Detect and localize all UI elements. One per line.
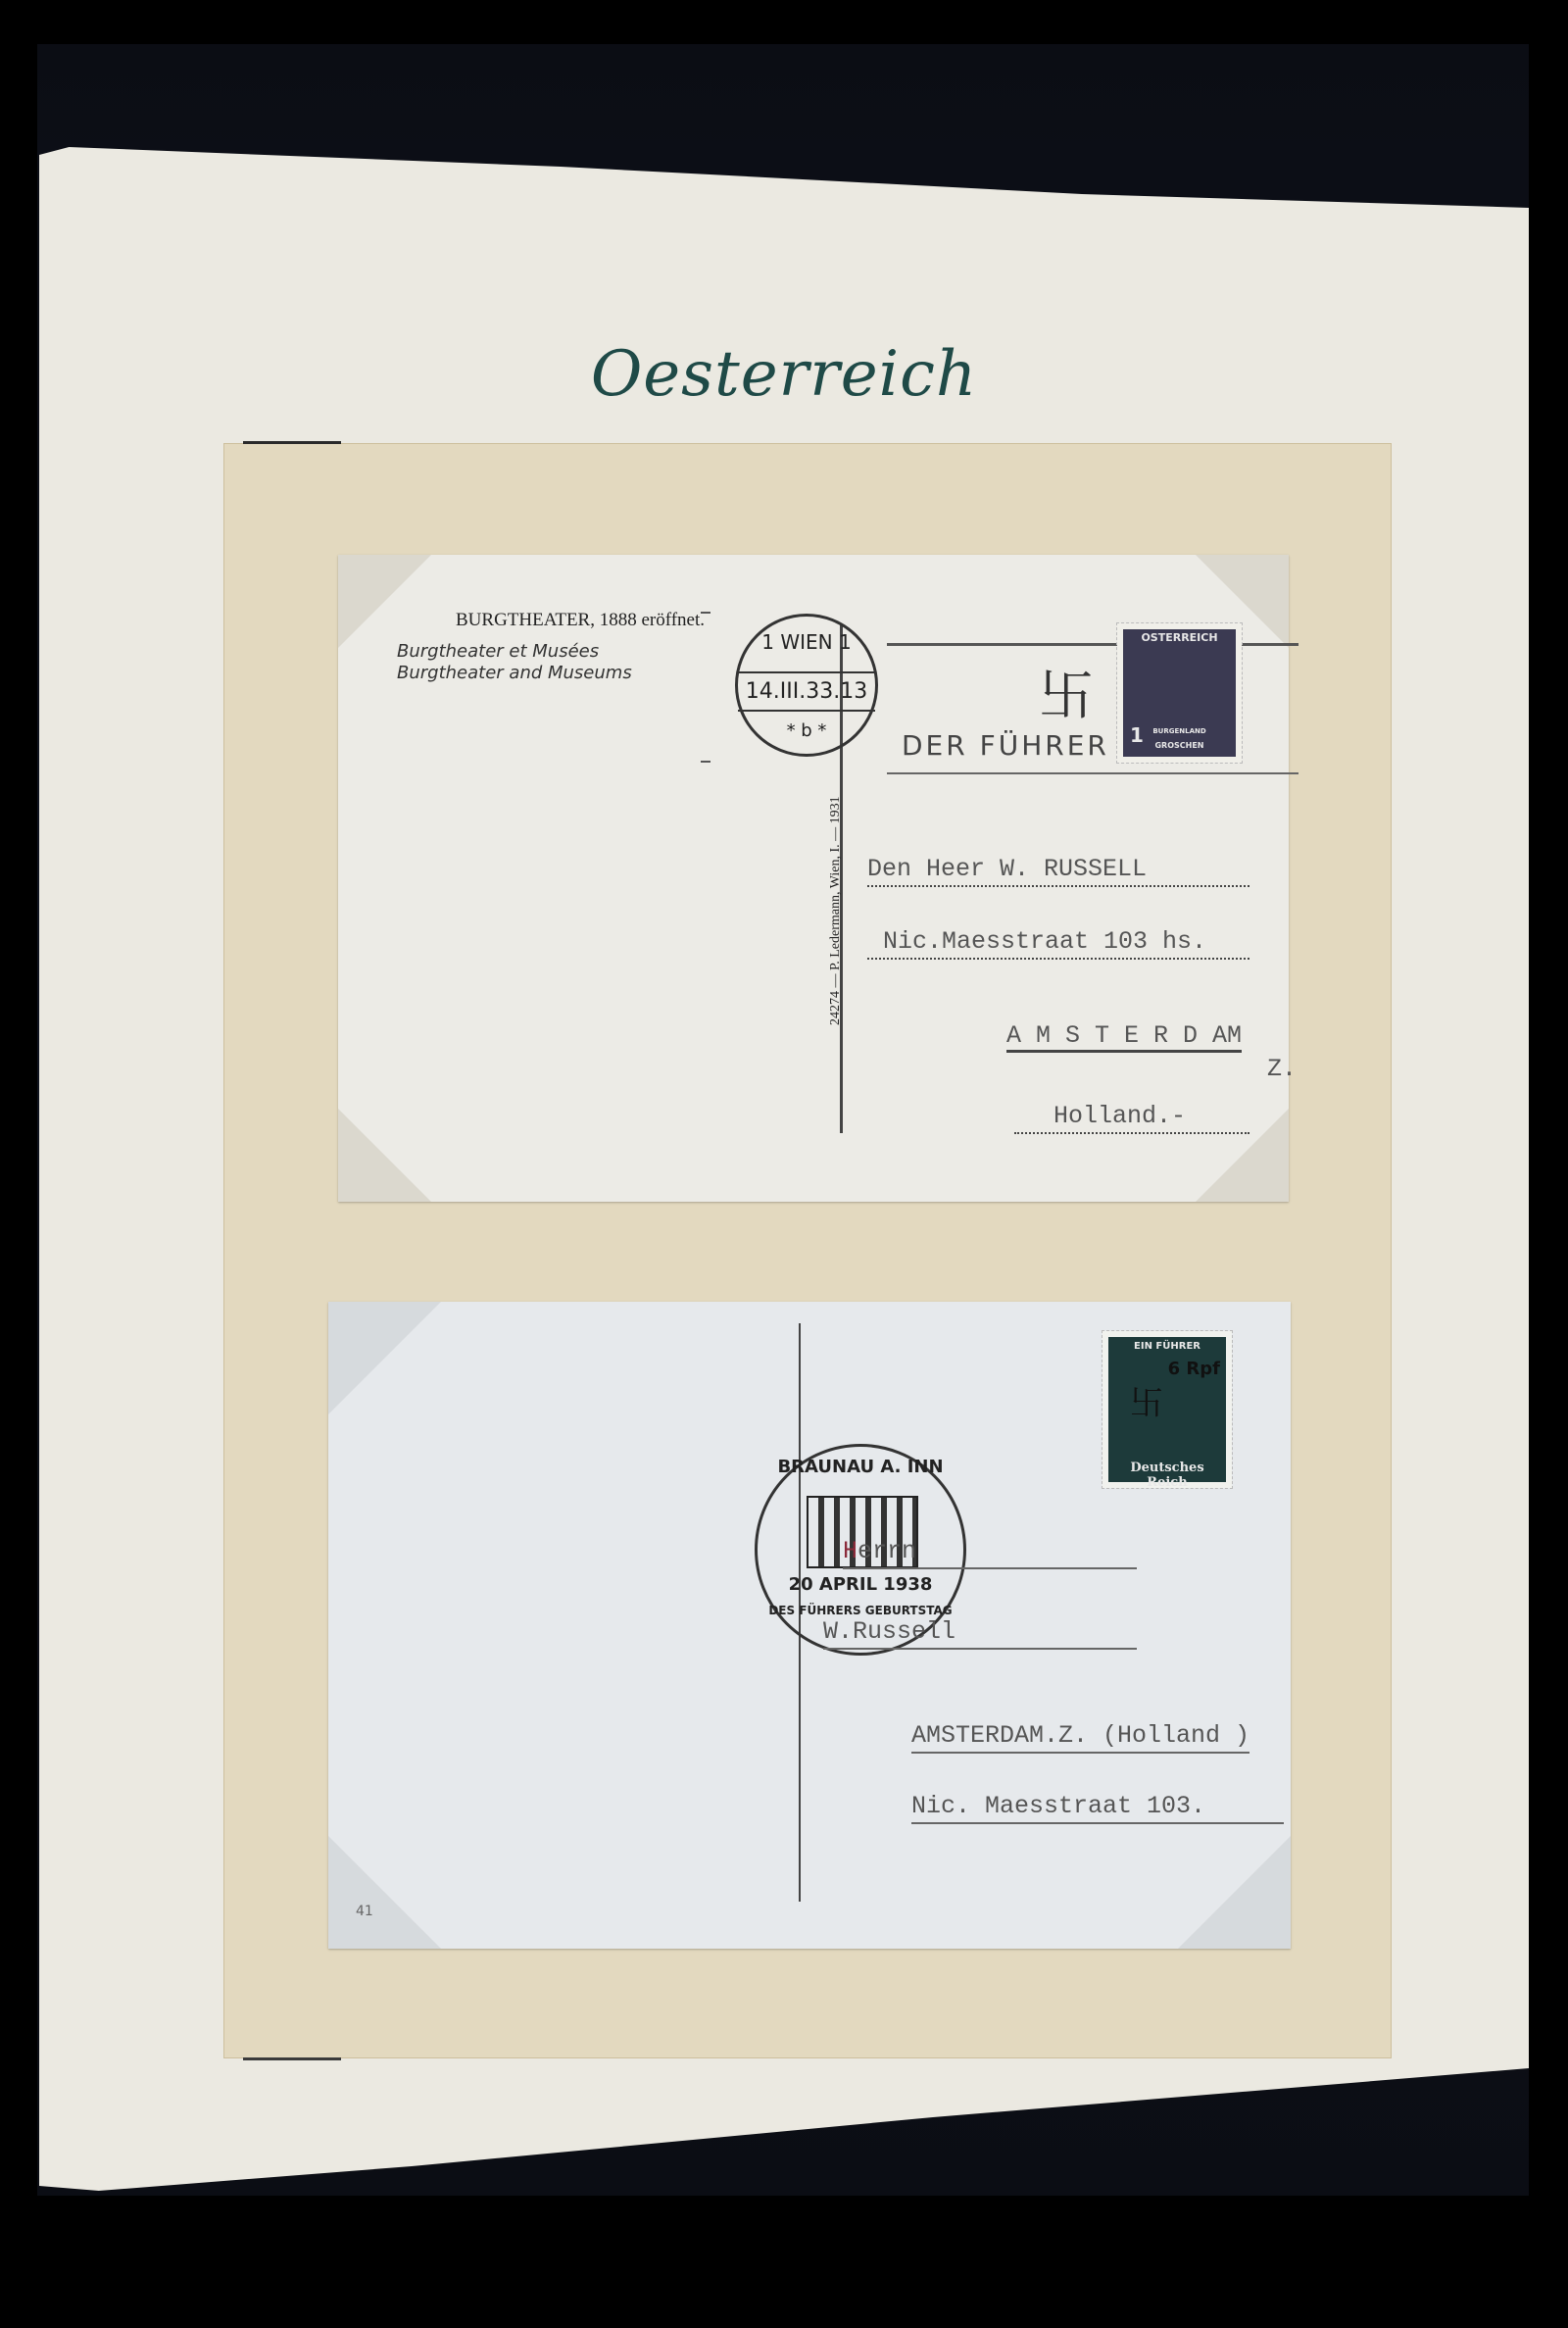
caption-english: Burgtheater and Museums (397, 663, 632, 684)
photo-corner (328, 1302, 441, 1414)
postcard-burgtheater: BURGTHEATER, 1888 eröffnet. Burgtheater … (338, 555, 1289, 1202)
swastika-cancel-icon: 卐 (1039, 653, 1094, 731)
stamp-osterreich: OSTERREICH 1 BURGENLAND GROSCHEN (1117, 623, 1242, 763)
postmark-bottom: DES FÜHRERS GEBURTSTAG (758, 1604, 963, 1617)
stamp-top-text: EIN FÜHRER (1108, 1341, 1226, 1352)
address-line: Nic. Maesstraat 103. (911, 1792, 1284, 1824)
address-line: A M S T E R D AM (1006, 1021, 1242, 1053)
stamp-value: 6 Rpf (1108, 1359, 1226, 1379)
cancel-line (887, 772, 1298, 774)
photo-corner (1178, 1836, 1291, 1949)
slogan-cancel: DER FÜHRER (902, 729, 1109, 762)
picture-caption: BURGTHEATER, 1888 eröffnet. (456, 610, 705, 631)
postmark-date: 20 APRIL 1938 (758, 1574, 963, 1595)
caption-french: Burgtheater et Musées (397, 641, 632, 663)
address-line: AMSTERDAM.Z. (Holland ) (911, 1721, 1249, 1754)
address-line: Z. (1267, 1055, 1297, 1083)
stamp-country: OSTERREICH (1123, 631, 1236, 644)
wien-postmark: 1 WIEN 1 14.III.33.13 * b * (735, 614, 878, 757)
stamp-currency: GROSCHEN (1123, 741, 1236, 750)
postmark-code: * b * (738, 720, 875, 741)
stamp-bottom-text: Deutsches Reich (1108, 1461, 1226, 1490)
page-title: Oesterreich (0, 338, 1568, 411)
photo-corner (338, 1109, 431, 1202)
address-line: Nic.Maesstraat 103 hs. (867, 927, 1249, 960)
postcard-braunau: EIN FÜHRER 6 Rpf 卐 Deutsches Reich BRAUN… (328, 1302, 1291, 1949)
cancel-bars (701, 612, 710, 763)
address-herrn: errn (857, 1537, 916, 1565)
stamp-deutsches-reich: EIN FÜHRER 6 Rpf 卐 Deutsches Reich (1102, 1331, 1232, 1488)
swastika-flag-icon: 卐 (1130, 1376, 1163, 1424)
address-line: Den Heer W. RUSSELL (867, 855, 1249, 887)
photo-corner (338, 555, 431, 648)
caption-lines: Burgtheater et Musées Burgtheater and Mu… (397, 641, 632, 684)
card-number: 41 (356, 1904, 373, 1919)
photo-corner (328, 1836, 441, 1949)
address-line: W.Russell (823, 1617, 1137, 1650)
stamp-region: BURGENLAND (1123, 727, 1236, 735)
address-line: Holland.- (1014, 1102, 1249, 1134)
postmark-top: BRAUNAU A. INN (758, 1457, 963, 1477)
address-line: Herrn (843, 1537, 1137, 1569)
mount-edge (243, 2057, 341, 2060)
postmark-date: 14.III.33.13 (738, 671, 875, 712)
postmark-city: 1 WIEN 1 (738, 630, 875, 654)
mount-edge (243, 441, 341, 444)
